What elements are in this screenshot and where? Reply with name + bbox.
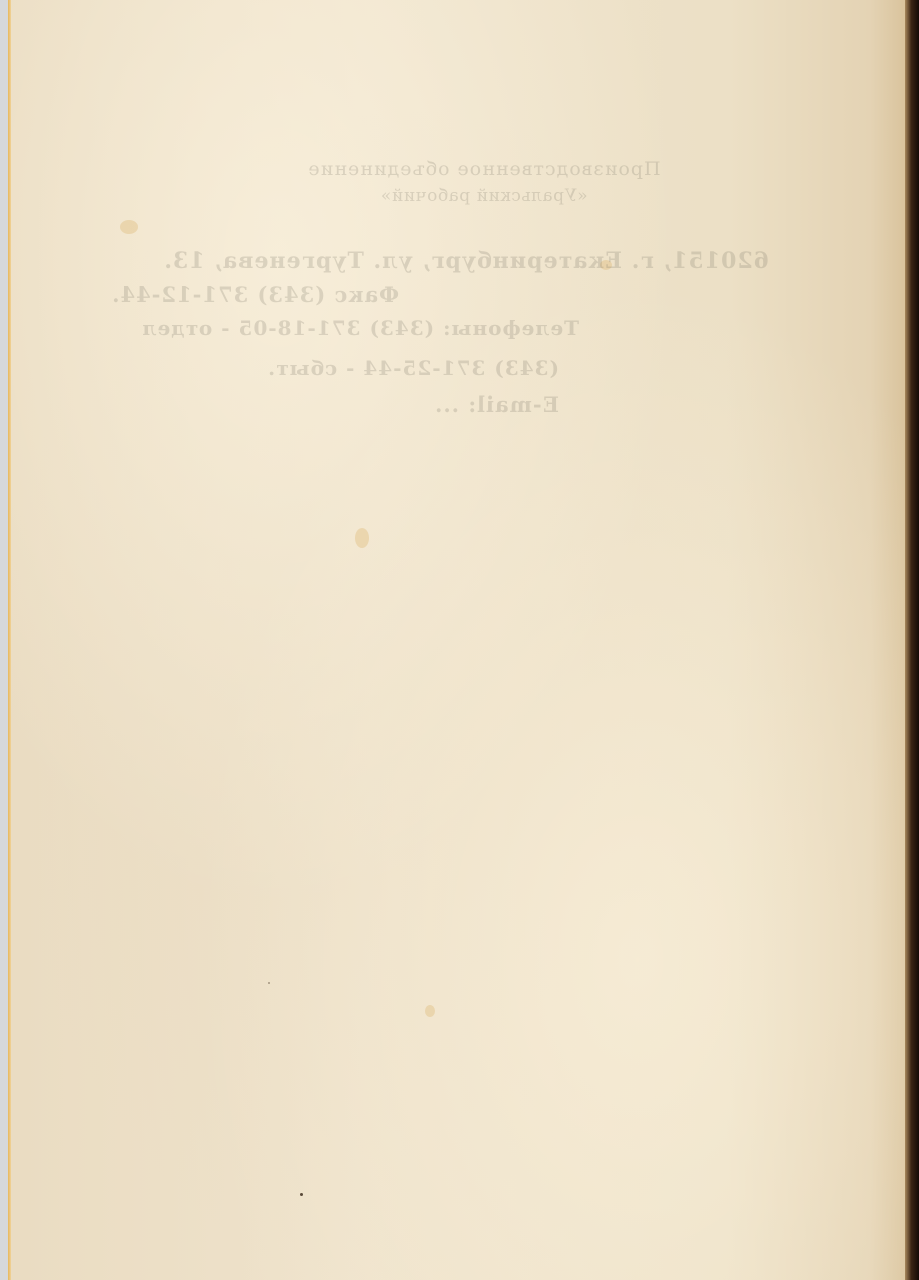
scanned-page: Производственное объединение «Уральский … [0, 0, 919, 1280]
scanner-bed-strip [0, 0, 8, 1280]
paper-stain [355, 528, 369, 548]
paper-stain [120, 220, 138, 234]
page-right-edge-shadow [905, 0, 919, 1280]
paper-speck [268, 982, 270, 984]
paper-surface [11, 0, 906, 1280]
paper-stain [425, 1005, 435, 1017]
paper-speck [300, 1193, 303, 1196]
paper-stain [600, 260, 612, 270]
